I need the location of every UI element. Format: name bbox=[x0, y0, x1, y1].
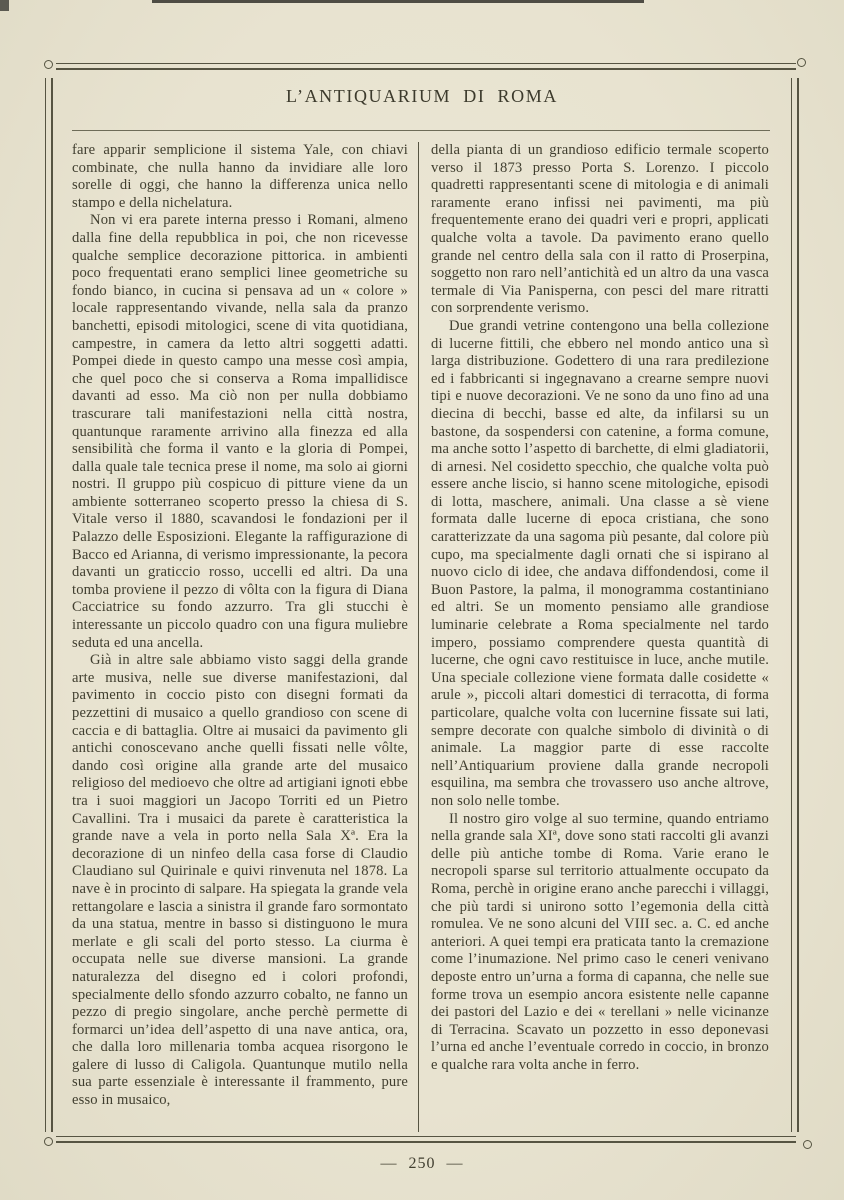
paragraph: Già in altre sale abbiamo visto saggi de… bbox=[72, 652, 408, 1109]
frame-top-rule bbox=[56, 63, 796, 70]
frame-left-rule bbox=[45, 78, 53, 1132]
corner-ring-icon bbox=[803, 1140, 812, 1149]
frame-right-rule bbox=[791, 78, 799, 1132]
column-divider bbox=[418, 142, 419, 1132]
book-page: L’ANTIQUARIUM DI ROMA fare apparir sempl… bbox=[0, 0, 844, 1200]
corner-ring-icon bbox=[797, 58, 806, 67]
paragraph: Due grandi vetrine contengono una bella … bbox=[431, 318, 769, 811]
column-left: fare apparir semplicione il sistema Yale… bbox=[72, 142, 408, 1110]
corner-ring-icon bbox=[44, 1137, 53, 1146]
paragraph: Non vi era parete interna presso i Roman… bbox=[72, 212, 408, 652]
paragraph: fare apparir semplicione il sistema Yale… bbox=[72, 142, 408, 212]
page-number: — 250 — bbox=[0, 1155, 844, 1173]
page-title: L’ANTIQUARIUM DI ROMA bbox=[0, 86, 844, 107]
header-rule bbox=[72, 130, 770, 131]
paragraph: Il nostro giro volge al suo termine, qua… bbox=[431, 811, 769, 1075]
frame-bottom-rule bbox=[56, 1136, 796, 1143]
paragraph: della pianta di un grandioso edificio te… bbox=[431, 142, 769, 318]
scan-edge-artifact bbox=[152, 0, 644, 3]
column-right: della pianta di un grandioso edificio te… bbox=[431, 142, 769, 1074]
corner-ring-icon bbox=[44, 60, 53, 69]
scan-corner-artifact bbox=[0, 0, 9, 11]
